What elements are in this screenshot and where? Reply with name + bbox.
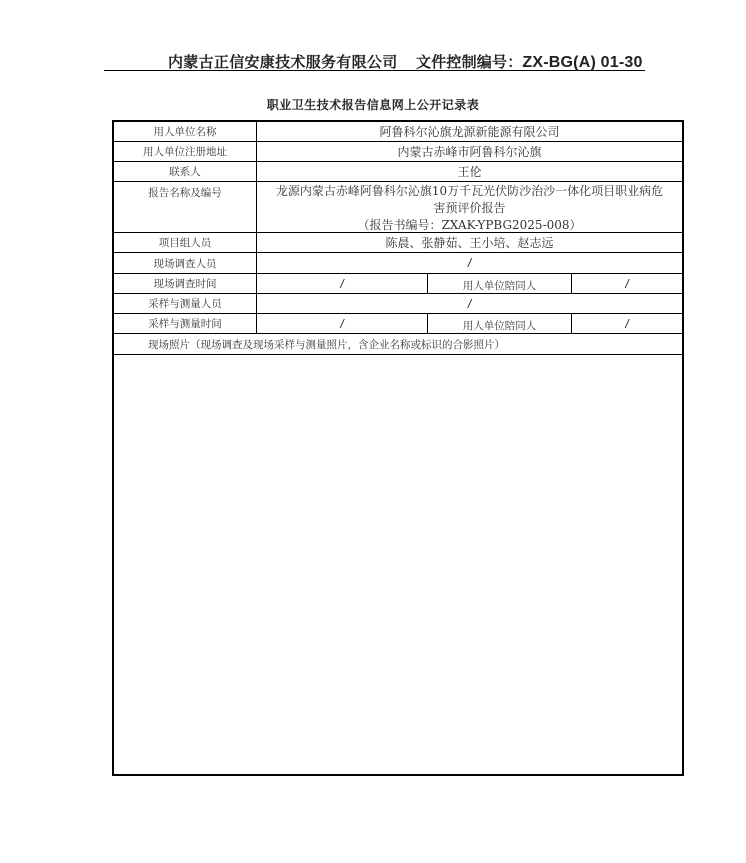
label-project-team: 项目组人员 <box>114 233 257 252</box>
label-contact: 联系人 <box>114 162 257 181</box>
company-name: 内蒙古正信安康技术服务有限公司 <box>168 51 398 72</box>
table-row-employer-name: 用人单位名称 阿鲁科尔沁旗龙源新能源有限公司 <box>114 122 682 142</box>
document-title: 职业卫生技术报告信息网上公开记录表 <box>0 96 746 113</box>
value-report-name: 龙源内蒙古赤峰阿鲁科尔沁旗10万千瓦光伏防沙治沙一体化项目职业病危 害预评价报告… <box>257 182 682 232</box>
label-survey-time: 现场调查时间 <box>114 274 257 293</box>
label-report-name: 报告名称及编号 <box>114 182 257 232</box>
table-row-survey-time: 现场调查时间 / 用人单位陪同人 / <box>114 274 682 294</box>
label-sampling-staff: 采样与测量人员 <box>114 294 257 313</box>
label-survey-companion: 用人单位陪同人 <box>428 274 572 293</box>
value-registered-address: 内蒙古赤峰市阿鲁科尔沁旗 <box>257 142 682 161</box>
label-registered-address: 用人单位注册地址 <box>114 142 257 161</box>
document-header: 内蒙古正信安康技术服务有限公司 文件控制编号：ZX-BG(A) 01-30 <box>104 48 645 71</box>
table-row-contact: 联系人 王伦 <box>114 162 682 182</box>
table-row-sampling-staff: 采样与测量人员 / <box>114 294 682 314</box>
table-row-project-team: 项目组人员 陈晨、张静茹、王小培、赵志远 <box>114 233 682 253</box>
value-survey-companion: / <box>572 274 682 293</box>
file-control-label: 文件控制编号： <box>416 53 522 71</box>
table-row-sampling-time: 采样与测量时间 / 用人单位陪同人 / <box>114 314 682 334</box>
label-survey-staff: 现场调查人员 <box>114 253 257 273</box>
value-sampling-time: / <box>257 314 428 333</box>
disclosure-record-table: 用人单位名称 阿鲁科尔沁旗龙源新能源有限公司 用人单位注册地址 内蒙古赤峰市阿鲁… <box>112 120 684 776</box>
value-contact: 王伦 <box>257 162 682 181</box>
table-row-survey-staff: 现场调查人员 / <box>114 253 682 274</box>
value-survey-time: / <box>257 274 428 293</box>
label-sampling-companion: 用人单位陪同人 <box>428 314 572 333</box>
label-employer-name: 用人单位名称 <box>114 122 257 141</box>
table-row-report-name: 报告名称及编号 龙源内蒙古赤峰阿鲁科尔沁旗10万千瓦光伏防沙治沙一体化项目职业病… <box>114 182 682 233</box>
table-row-registered-address: 用人单位注册地址 内蒙古赤峰市阿鲁科尔沁旗 <box>114 142 682 162</box>
report-name-line-2: 害预评价报告 <box>433 200 505 217</box>
value-sampling-companion: / <box>572 314 682 333</box>
photo-section-header: 现场照片（现场调查及现场采样与测量照片，含企业名称或标识的合影照片） <box>114 334 682 354</box>
value-project-team: 陈晨、张静茹、王小培、赵志远 <box>257 233 682 252</box>
file-control-code: ZX-BG(A) 01-30 <box>522 54 642 71</box>
table-row-photo-header: 现场照片（现场调查及现场采样与测量照片，含企业名称或标识的合影照片） <box>114 334 682 355</box>
value-survey-staff: / <box>257 253 682 273</box>
file-control-number: 文件控制编号：ZX-BG(A) 01-30 <box>416 51 643 72</box>
photo-area <box>114 355 682 774</box>
report-number: （报告书编号：ZXAK-YPBG2025-008） <box>357 217 581 234</box>
value-sampling-staff: / <box>257 294 682 313</box>
label-sampling-time: 采样与测量时间 <box>114 314 257 333</box>
value-employer-name: 阿鲁科尔沁旗龙源新能源有限公司 <box>257 122 682 141</box>
report-name-line-1: 龙源内蒙古赤峰阿鲁科尔沁旗10万千瓦光伏防沙治沙一体化项目职业病危 <box>276 183 663 200</box>
